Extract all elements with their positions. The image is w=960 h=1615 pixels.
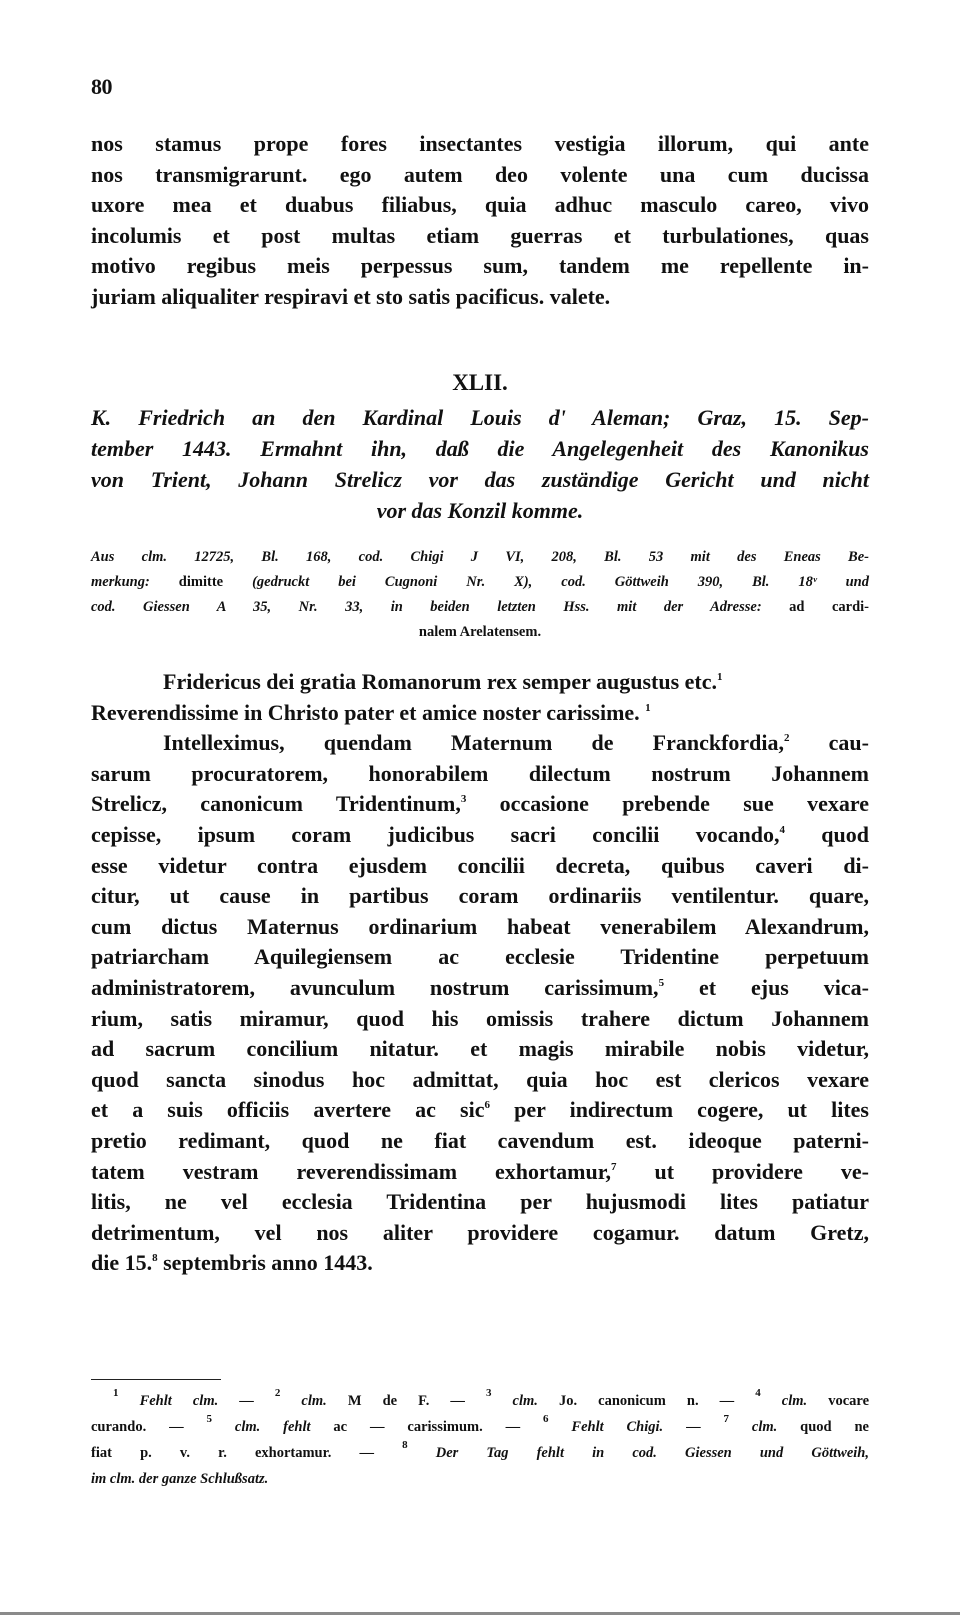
footnote-text: M de F. — [327,1393,486,1409]
text-line: cepisse, ipsum coram judicibus sacri con… [91,820,869,851]
footnote-text: clm. [729,1419,777,1435]
footnote-ref: 1 [717,671,723,683]
page-number: 80 [91,74,112,100]
footnotes: 1 Fehlt clm. — 2 clm. M de F. — 3 clm. J… [91,1388,869,1492]
letter-body: Fridericus dei gratia Romanorum rex semp… [91,667,869,1279]
footnote-text: — [663,1419,723,1435]
footnote-text: fiat p. v. r. exhortamur. — [91,1445,402,1461]
text-line: esse videtur contra ejusdem concilii dec… [91,851,869,882]
source-note: Aus clm. 12725, Bl. 168, cod. Chigi J VI… [91,545,869,645]
footnote-line: curando. — 5 clm. fehlt ac — carissimum.… [91,1414,869,1440]
text-line: incolumis et post multas etiam guerras e… [91,221,869,252]
text-line: litis, ne vel ecclesia Tridentina per hu… [91,1187,869,1218]
footnote-text: — [218,1393,275,1409]
text-line: Strelicz, canonicum Tridentinum,3 occasi… [91,789,869,820]
footnote-text: Der Tag fehlt in cod. Giessen und Göttwe… [408,1445,869,1461]
salutation-line: Reverendissime in Christo pater et amice… [91,698,869,729]
source-line: merkung: dimitte (gedruckt bei Cugnoni N… [91,570,869,595]
footnote-line: fiat p. v. r. exhortamur. — 8 Der Tag fe… [91,1440,869,1466]
text-line: uxore mea et duabus filiabus, quia adhuc… [91,190,869,221]
text-line: tatem vestram reverendissimam exhortamur… [91,1157,869,1188]
text-line: detrimentum, vel nos aliter providere co… [91,1218,869,1249]
footnote-text: Fehlt clm. [140,1393,219,1409]
footnote-text: clm. [280,1393,326,1409]
footnote-divider [91,1379,221,1380]
section-summary: K. Friedrich an den Kardinal Louis d' Al… [91,402,869,526]
footnote-text: clm. [491,1393,537,1409]
text-line: quod sancta sinodus hoc admittat, quia h… [91,1065,869,1096]
text-line: et a suis officiis avertere ac sic6 per … [91,1095,869,1126]
text-line: nos transmigrarunt. ego autem deo volent… [91,160,869,191]
footnote-ref: 1 [645,702,651,714]
section-number: XLII. [91,370,869,396]
text-line: die 15.8 septembris anno 1443. [91,1248,869,1279]
source-line: cod. Giessen A 35, Nr. 33, in beiden let… [91,595,869,620]
footnote-text: curando. — [91,1419,206,1435]
text-line: nos stamus prope fores insectantes vesti… [91,129,869,160]
footnote-text: im clm. der ganze Schlußsatz. [91,1471,268,1487]
summary-line: vor das Konzil komme. [91,495,869,526]
text-line: ad sacrum concilium nitatur. et magis mi… [91,1034,869,1065]
summary-line: K. Friedrich an den Kardinal Louis d' Al… [91,402,869,433]
text-line: citur, ut cause in partibus coram ordina… [91,881,869,912]
footnote-text [119,1393,140,1409]
source-line: nalem Arelatensem. [91,620,869,645]
footnote-line: 1 Fehlt clm. — 2 clm. M de F. — 3 clm. J… [91,1388,869,1414]
text-line: juriam aliqualiter respiravi et sto sati… [91,282,869,313]
text-line: Intelleximus, quendam Maternum de Franck… [91,728,869,759]
footnote-text: clm. fehlt [212,1419,311,1435]
source-line: Aus clm. 12725, Bl. 168, cod. Chigi J VI… [91,545,869,570]
footnote-number: 1 [113,1387,119,1399]
text-line: administratorem, avunculum nostrum caris… [91,973,869,1004]
footnote-text: Jo. canonicum n. — [538,1393,755,1409]
text-line: motivo regibus meis perpessus sum, tande… [91,251,869,282]
footnote-text: vocare [807,1393,869,1409]
text-line: patriarcham Aquilegiensem ac ecclesie Tr… [91,942,869,973]
footnote-text: Fehlt Chigi. [549,1419,664,1435]
text-line: cum dictus Maternus ordinarium habeat ve… [91,912,869,943]
salutation-line: Fridericus dei gratia Romanorum rex semp… [91,667,869,698]
footnote-text: ac — carissimum. — [311,1419,543,1435]
footnote-text: quod ne [777,1419,869,1435]
text-line: sarum procuratorem, honorabilem dilectum… [91,759,869,790]
text-line: pretio redimant, quod ne fiat cavendum e… [91,1126,869,1157]
footnote-text: clm. [761,1393,807,1409]
footnote-line: im clm. der ganze Schlußsatz. [91,1466,869,1492]
text-line: rium, satis miramur, quod his omissis tr… [91,1004,869,1035]
summary-line: von Trient, Johann Strelicz vor das zust… [91,464,869,495]
preceding-text-block: nos stamus prope fores insectantes vesti… [91,129,869,312]
summary-line: tember 1443. Ermahnt ihn, daß die Angele… [91,433,869,464]
scanned-page: 80 nos stamus prope fores insectantes ve… [0,0,960,1615]
